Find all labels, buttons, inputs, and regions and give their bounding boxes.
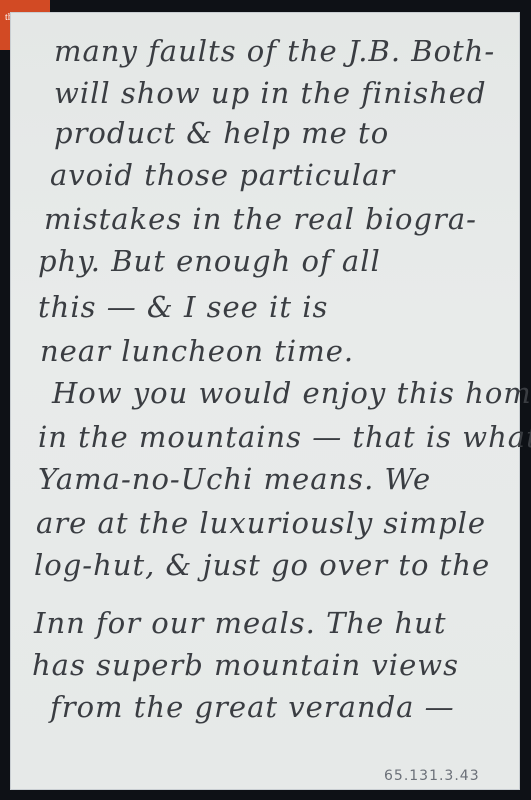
- letter-line: in the mountains — that is what: [38, 420, 531, 454]
- letter-line: many faults of the J.B. Both-: [54, 34, 531, 68]
- letter-line: Yama-no-Uchi means. We: [38, 462, 531, 496]
- accession-number: 65.131.3.43: [384, 768, 480, 784]
- letter-line: product & help me to: [54, 116, 531, 150]
- letter-line: has superb mountain views: [32, 648, 531, 682]
- letter-line: phy. But enough of all: [38, 244, 531, 278]
- letter-line: this — & I see it is: [38, 290, 531, 324]
- letter-line: from the great veranda —: [50, 690, 531, 724]
- letter-line: are at the luxuriously simple: [36, 506, 531, 540]
- letter-line: log-hut, & just go over to the: [34, 548, 531, 582]
- letter-line: Inn for our meals. The hut: [34, 606, 531, 640]
- letter-line: avoid those particular: [50, 158, 531, 192]
- letter-line: will show up in the finished: [54, 76, 531, 110]
- letter-line: mistakes in the real biogra-: [44, 202, 531, 236]
- letter-line: How you would enjoy this home: [52, 376, 531, 410]
- letter-line: near luncheon time.: [40, 334, 531, 368]
- letter-page: many faults of the J.B. Both- will show …: [10, 12, 520, 790]
